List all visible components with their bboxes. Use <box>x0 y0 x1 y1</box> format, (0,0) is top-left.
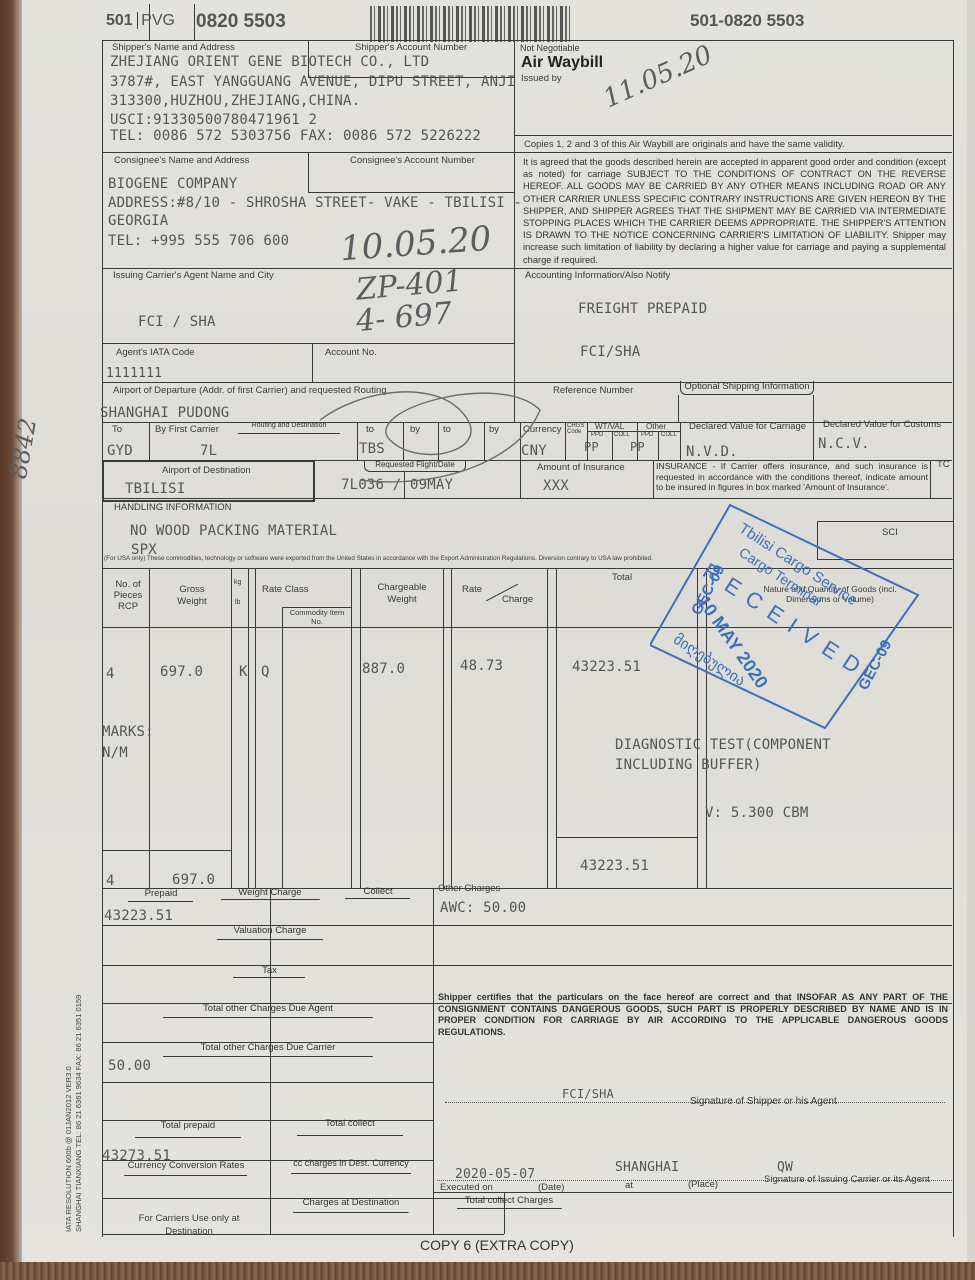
first-carrier: 7L <box>200 443 217 459</box>
shipper-signature-label: Signature of Shipper or his Agent <box>690 1096 837 1107</box>
wtval-ppd-label: PPD <box>591 432 603 438</box>
optional-shipping-label: Optional Shipping Information <box>680 381 814 395</box>
wtval-ppd: PP <box>584 440 599 454</box>
declared-customs: N.C.V. <box>818 436 870 452</box>
handling-instruction: NO WOOD PACKING MATERIAL <box>130 523 337 539</box>
gross-weight-header: Gross Weight <box>170 584 214 608</box>
table-surface <box>0 1262 975 1280</box>
shipper-account-label: Shipper's Account Number <box>355 42 467 53</box>
awb-serial: 0820 5503 <box>196 11 286 33</box>
form-imprint: IATA RESOLUTION 600b @ 01JAN2012 VER3.0 … <box>64 995 84 1232</box>
notify-party: FCI/SHA <box>580 344 640 360</box>
other-charges-label: Other Charges <box>438 883 500 894</box>
insurance-notice: INSURANCE - If Carrier offers insurance,… <box>656 461 928 493</box>
conversion-rates-label: Currency Conversion Rates <box>105 1160 267 1176</box>
agent-account-label: Account No. <box>325 347 377 358</box>
due-agent-label: Total other Charges Due Agent <box>130 1003 406 1018</box>
total-collect-charges-label: Total collect Charges <box>440 1195 578 1209</box>
charges-destination-label: Charges at Destination <box>275 1197 427 1213</box>
reference-number-label: Reference Number <box>553 385 633 396</box>
carrier-signature-label: Signature of Issuing Carrier or its Agen… <box>764 1174 930 1185</box>
tc-label: TC <box>937 459 950 470</box>
executed-place: SHANGHAI <box>615 1160 679 1175</box>
to-label: To <box>112 424 122 435</box>
route-to: GYD <box>107 443 133 459</box>
wtval-label: WT/VAL <box>595 422 624 431</box>
goods-total-amount: 43223.51 <box>580 858 649 874</box>
copy-label: COPY 6 (EXTRA COPY) <box>420 1237 574 1253</box>
other-coll-label: COLL <box>661 432 677 438</box>
barcode <box>370 6 570 42</box>
total-collect-label: Total collect <box>280 1118 420 1136</box>
conditions-of-contract: It is agreed that the goods described he… <box>523 156 946 266</box>
place-label: (Place) <box>688 1179 718 1190</box>
total-gross-weight: 697.0 <box>172 872 215 888</box>
iata-code-label: Agent's IATA Code <box>116 347 195 358</box>
accounting-label: Accounting Information/Also Notify <box>525 270 670 281</box>
received-stamp: Tbilisi Cargo Service Cargo Terminal REC… <box>650 500 920 730</box>
document-title: Air Waybill <box>521 54 603 72</box>
carrier-signature: QW <box>777 1160 793 1175</box>
weight-charge-label: Weight Charge <box>205 887 335 900</box>
other-ppd-label: PPD <box>641 432 653 438</box>
shipper-label: Shipper's Name and Address <box>112 42 235 53</box>
total-header: Total <box>612 572 632 583</box>
due-carrier-prepaid: 50.00 <box>108 1058 151 1074</box>
declared-carriage: N.V.D. <box>686 444 738 460</box>
at-label: at <box>625 1180 633 1191</box>
chargeable-weight-header: Chargeable Weight <box>366 582 438 606</box>
handling-label: HANDLING INFORMATION <box>114 502 232 513</box>
goods-description: DIAGNOSTIC TEST(COMPONENT <box>615 737 831 753</box>
valuation-charge-label: Valuation Charge <box>200 925 340 940</box>
handwritten-scribble <box>300 380 560 510</box>
freight-prepaid: FREIGHT PREPAID <box>578 301 707 317</box>
lb-header: lb <box>235 599 240 606</box>
declared-carriage-label: Declared Value for Carriage <box>689 421 806 432</box>
rate-class-header: Rate Class <box>262 584 308 595</box>
weight-charge-prepaid: 43223.51 <box>104 908 173 924</box>
iata-code: 1111111 <box>106 366 162 381</box>
other-ppd: PP <box>630 440 645 454</box>
origin-code: PVG <box>137 12 175 29</box>
agent-label: Issuing Carrier's Agent Name and City <box>113 270 274 281</box>
rate-header: Rate <box>462 584 482 595</box>
declared-customs-label: Declared Value for Customs <box>823 419 941 430</box>
cc-charges-label: cc charges in Dest. Currency <box>272 1158 430 1174</box>
prepaid-label: Prepaid <box>118 888 204 902</box>
shipper-certification: Shipper certifies that the particulars o… <box>438 992 948 1038</box>
charge-header: Charge <box>502 594 533 605</box>
marks-label: MARKS: <box>102 724 154 740</box>
consignee-label: Consignee's Name and Address <box>114 155 249 166</box>
marks-value: N/M <box>102 745 128 761</box>
goods-description-cont: INCLUDING BUFFER) <box>615 757 762 773</box>
copies-note: Copies 1, 2 and 3 of this Air Waybill ar… <box>524 139 845 150</box>
pieces-header: No. of Pieces RCP <box>108 579 148 612</box>
goods-volume: V: 5.300 CBM <box>705 805 809 821</box>
due-carrier-label: Total other Charges Due Carrier <box>130 1042 406 1057</box>
tax-label: Tax <box>222 965 317 978</box>
usa-export-note: (For USA only) These commodities, techno… <box>104 555 653 562</box>
first-carrier-label: By First Carrier <box>155 424 219 435</box>
awb-prefix: 501 PVG <box>106 12 175 30</box>
total-pieces: 4 <box>106 873 115 889</box>
other-charges: AWC: 50.00 <box>440 900 526 916</box>
collect-label: Collect <box>335 886 421 899</box>
kg-header: kg <box>234 579 241 586</box>
agent-name: FCI / SHA <box>138 314 216 330</box>
wtval-coll-label: COLL <box>614 432 630 438</box>
awb-number: 501-0820 5503 <box>690 11 804 31</box>
consignee-account-label: Consignee's Account Number <box>350 155 475 166</box>
destination-label: Airport of Destination <box>162 465 251 476</box>
issued-by-label: Issued by <box>521 73 562 84</box>
other-label: Other <box>646 422 666 431</box>
not-negotiable-label: Not Negotiable <box>520 43 580 53</box>
total-prepaid-label: Total prepaid <box>118 1120 258 1138</box>
shipper-signature: FCI/SHA <box>562 1087 614 1101</box>
destination-airport: TBILISI <box>125 481 185 497</box>
commodity-header: Commodity Item No. <box>288 608 346 626</box>
chgs-code-label: CHGS Code <box>567 423 587 435</box>
departure-airport: SHANGHAI PUDONG <box>100 405 229 421</box>
